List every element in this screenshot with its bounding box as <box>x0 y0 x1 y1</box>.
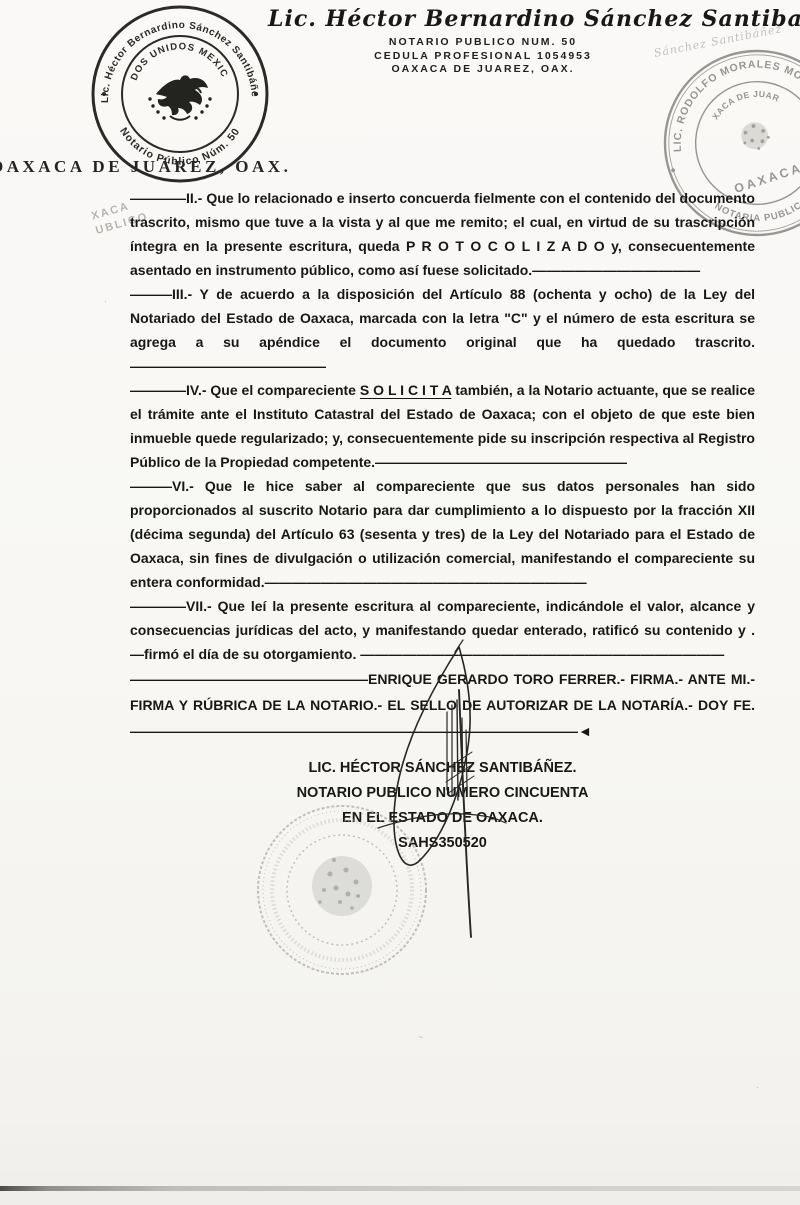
seal-right-emblem-icon <box>738 119 773 154</box>
scan-edge-shadow <box>0 1186 800 1191</box>
letterhead-line-notario: NOTARIO PUBLICO NUM. 50 <box>268 36 698 50</box>
clause-III: ———III.- Y de acuerdo a la disposición d… <box>130 282 755 378</box>
scan-speck: · <box>756 1082 759 1092</box>
place-line: OAXACA DE JUÁREZ, OAX. <box>0 157 291 177</box>
letterhead: Lic. Héctor Bernardino Sánchez Santibañe… <box>268 6 698 77</box>
sign-block-title: NOTARIO PUBLICO NUMERO CINCUENTA <box>130 781 755 806</box>
clause-II: ————II.- Que lo relacionado e inserto co… <box>130 186 755 282</box>
signature-block: LIC. HÉCTOR SÁNCHEZ SANTIBÁÑEZ. NOTARIO … <box>130 756 755 856</box>
clause-VI: ———VI.- Que le hice saber al comparecien… <box>130 474 755 594</box>
clause-IV: ————IV.- Que el compareciente S O L I C … <box>130 378 755 474</box>
notary-name-script: Lic. Héctor Bernardino Sánchez Santibañe… <box>268 6 698 32</box>
mexican-eagle-icon <box>148 75 211 119</box>
faint-seal-bottom <box>250 798 434 982</box>
letterhead-line-city: OAXACA DE JUAREZ, OAX. <box>268 63 698 77</box>
notarial-deed-page: Lic. Héctor Bernardino Sánchez Santibañe… <box>0 0 800 1205</box>
deed-text-body: ————II.- Que lo relacionado e inserto co… <box>130 186 755 856</box>
sign-block-state: EN EL ESTADO DE OAXACA. <box>130 806 755 831</box>
faint-seal-emblem-icon <box>312 856 372 916</box>
clause-IV-solicita: S O L I C I T A <box>360 382 451 398</box>
sign-block-id: SAHS350520 <box>130 831 755 856</box>
letterhead-lines: NOTARIO PUBLICO NUM. 50 CEDULA PROFESION… <box>268 36 698 77</box>
clause-VII: ————VII.- Que leí la presente escritura … <box>130 594 755 666</box>
scan-speck: ~ <box>418 1032 423 1042</box>
closing-clause: —————————————————ENRIQUE GERARDO TORO FE… <box>130 666 755 744</box>
letterhead-line-cedula: CEDULA PROFESIONAL 1054953 <box>268 50 698 64</box>
clause-IV-pre: ————IV.- Que el compareciente <box>130 382 360 398</box>
sign-block-name: LIC. HÉCTOR SÁNCHEZ SANTIBÁÑEZ. <box>130 756 755 781</box>
scan-speck: · <box>104 296 107 306</box>
